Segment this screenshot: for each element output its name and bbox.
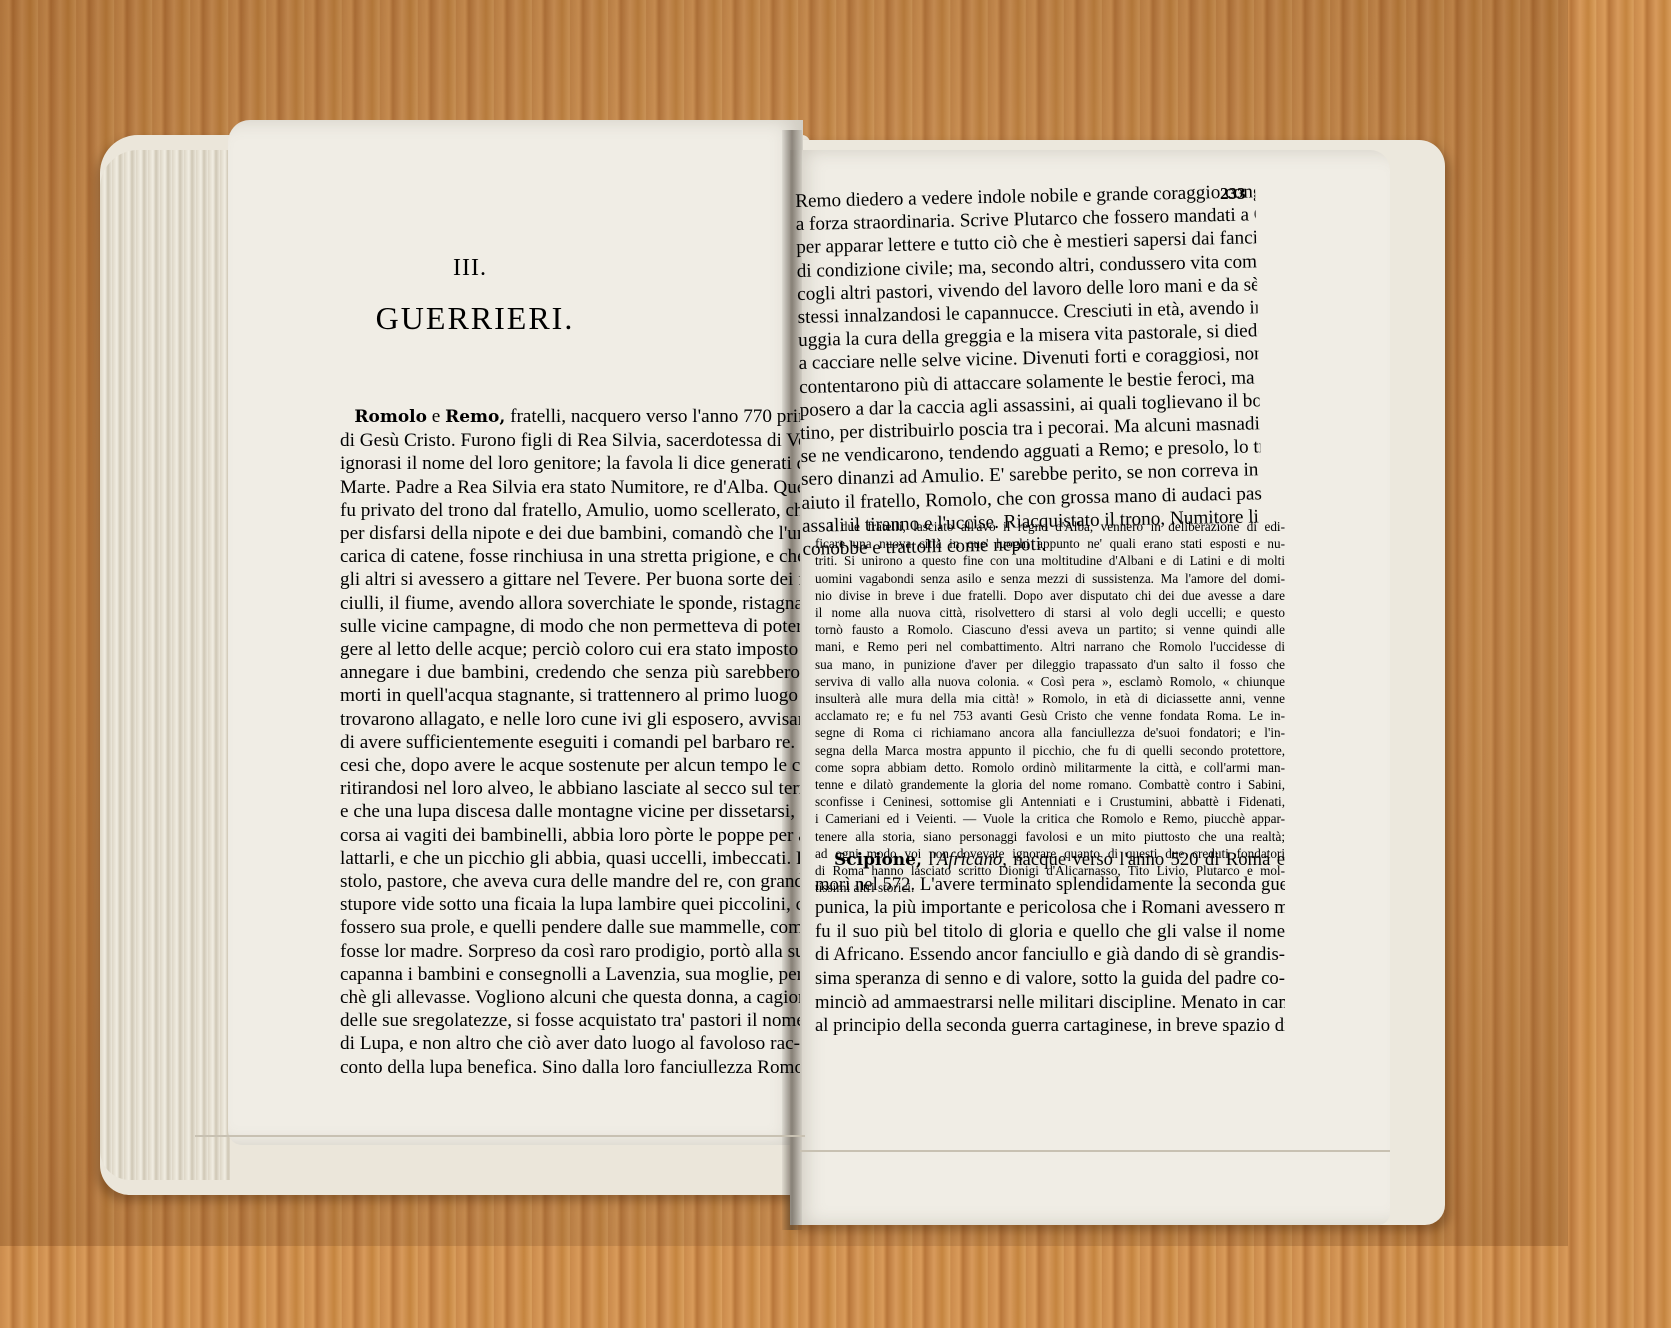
text-line: morti in quell'acqua stagnante, si tratt… xyxy=(340,684,800,707)
note-line: sua mano, in punizione d'aver per dilegg… xyxy=(815,656,1285,673)
note-line: segna della Marca mostra appunto il picc… xyxy=(815,742,1285,759)
romolo-remo-entry: Romolo e Remo, fratelli, nacquero verso … xyxy=(340,405,800,1079)
text-line: di Gesù Cristo. Furono figli di Rea Silv… xyxy=(340,429,800,452)
text-line: morì nel 572. L'avere terminato splendid… xyxy=(815,873,1285,897)
text-line: gli altri si avessero a gittare nel Teve… xyxy=(340,568,800,591)
note-line: ficare una nuova città in que' luoghi ap… xyxy=(815,535,1285,552)
text-line: ritirandosi nel loro alveo, le abbiano l… xyxy=(340,777,800,800)
chapter-title: GUERRIERI. xyxy=(330,300,620,337)
note-line: il nome alla nuova città, risolvettero d… xyxy=(815,604,1285,621)
text-line: di Lupa, e non altro che ciò aver dato l… xyxy=(340,1032,800,1055)
text-line: sulle vicine campagne, di modo che non p… xyxy=(340,615,800,638)
chapter-number: III. xyxy=(340,255,600,282)
note-line: segne di Roma ci richiamano ancora alla … xyxy=(815,724,1285,741)
text-line: di Africano. Essendo ancor fanciullo e g… xyxy=(815,943,1285,967)
scipione-entry: Scipione, l'Africano, nacque verso l'ann… xyxy=(815,848,1285,1038)
note-line: nio divise in breve i due fratelli. Dopo… xyxy=(815,587,1285,604)
text-line: lattarli, e che un picchio gli abbia, qu… xyxy=(340,847,800,870)
note-line: insulterà alle mura della mia città! » R… xyxy=(815,690,1285,707)
note-line: sconfisse i Ceninesi, sottomise gli Ante… xyxy=(815,793,1285,810)
text-line: capanna i bambini e consegnolli a Lavenz… xyxy=(340,963,800,986)
text-line: annegare i due bambini, credendo che sen… xyxy=(340,661,800,684)
text-line: stolo, pastore, che aveva cura delle man… xyxy=(340,870,800,893)
text-line: conto della lupa benefica. Sino dalla lo… xyxy=(340,1056,800,1079)
text-line: per disfarsi della nipote e dei due bamb… xyxy=(340,522,800,545)
text-line: cesi che, dopo avere le acque sostenute … xyxy=(340,754,800,777)
note-line: tenere alla storia, siano personaggi fav… xyxy=(815,828,1285,845)
epithet-africano: Africano xyxy=(937,849,1002,870)
text-line: fu il suo più bel titolo di gloria e que… xyxy=(815,920,1285,944)
note-line: I due fratelli, lasciato all'avo il regn… xyxy=(815,518,1285,535)
note-line: mani, e Remo peri nel combattimento. Alt… xyxy=(815,638,1285,655)
text-line: chè gli allevasse. Vogliono alcuni che q… xyxy=(340,986,800,1009)
note-line: acclamato re; e fu nel 753 avanti Gesù C… xyxy=(815,707,1285,724)
text-line: fossero sua prole, e quelli pendere dall… xyxy=(340,916,800,939)
text-line: sima speranza di senno e di valore, sott… xyxy=(815,967,1285,991)
text-line: carica di catene, fosse rinchiusa in una… xyxy=(340,545,800,568)
note-line: tenne e dilatò grandemente la gloria del… xyxy=(815,776,1285,793)
page-edges-left xyxy=(100,150,230,1180)
note-line: triti. Si unirono a questo fine con una … xyxy=(815,552,1285,569)
entry-lead-remo: Remo, xyxy=(445,407,505,427)
text-line: di avere sufficientemente eseguiti i com… xyxy=(340,731,800,754)
text-line: delle sue sregolatezze, si fosse acquist… xyxy=(340,1009,800,1032)
lower-edge-left xyxy=(195,1135,805,1163)
note-line: come sopra abbiam detto. Romolo ordinò m… xyxy=(815,759,1285,776)
lower-edge-right xyxy=(800,1150,1390,1182)
text-line: gere al letto delle acque; perciò coloro… xyxy=(340,638,800,661)
text-line: al principio della seconda guerra cartag… xyxy=(815,1014,1285,1038)
note-line: serviva di vallo alla nuova colonia. « C… xyxy=(815,673,1285,690)
text-line: corsa ai vagiti dei bambinelli, abbia lo… xyxy=(340,824,800,847)
note-line: uomini vagabondi senza asilo e senza mez… xyxy=(815,570,1285,587)
entry-first-line: Scipione, l'Africano, nacque verso l'ann… xyxy=(815,848,1285,873)
text-line: punica, la più importante e pericolosa c… xyxy=(815,896,1285,920)
text-line: fu privato del trono dal fratello, Amuli… xyxy=(340,499,800,522)
romolo-remo-continuation: Remo diedero a vedere indole nobile e gr… xyxy=(795,180,1263,561)
text-line: ignorasi il nome del loro genitore; la f… xyxy=(340,452,800,475)
entry-lead-romolo: Romolo xyxy=(354,407,427,427)
note-line: tornò fausto a Romolo. Ciascuno d'essi a… xyxy=(815,621,1285,638)
entry-first-line: Romolo e Remo, fratelli, nacquero verso … xyxy=(340,405,800,429)
text-line: ciulli, il fiume, avendo allora soverchi… xyxy=(340,592,800,615)
note-line: i Cameriani ed i Veienti. — Vuole la cri… xyxy=(815,810,1285,827)
text-line: fosse lor madre. Sorpreso da così raro p… xyxy=(340,940,800,963)
text-line: minciò ad ammaestrarsi nelle militari di… xyxy=(815,991,1285,1015)
small-print-note: I due fratelli, lasciato all'avo il regn… xyxy=(815,518,1285,896)
text-line: e che una lupa discesa dalle montagne vi… xyxy=(340,800,800,823)
entry-lead-scipione: Scipione, xyxy=(834,850,922,870)
text-line: trovarono allagato, e nelle loro cune iv… xyxy=(340,708,800,731)
text-line: Marte. Padre a Rea Silvia era stato Numi… xyxy=(340,476,800,499)
text-line: stupore vide sotto una ficaia la lupa la… xyxy=(340,893,800,916)
